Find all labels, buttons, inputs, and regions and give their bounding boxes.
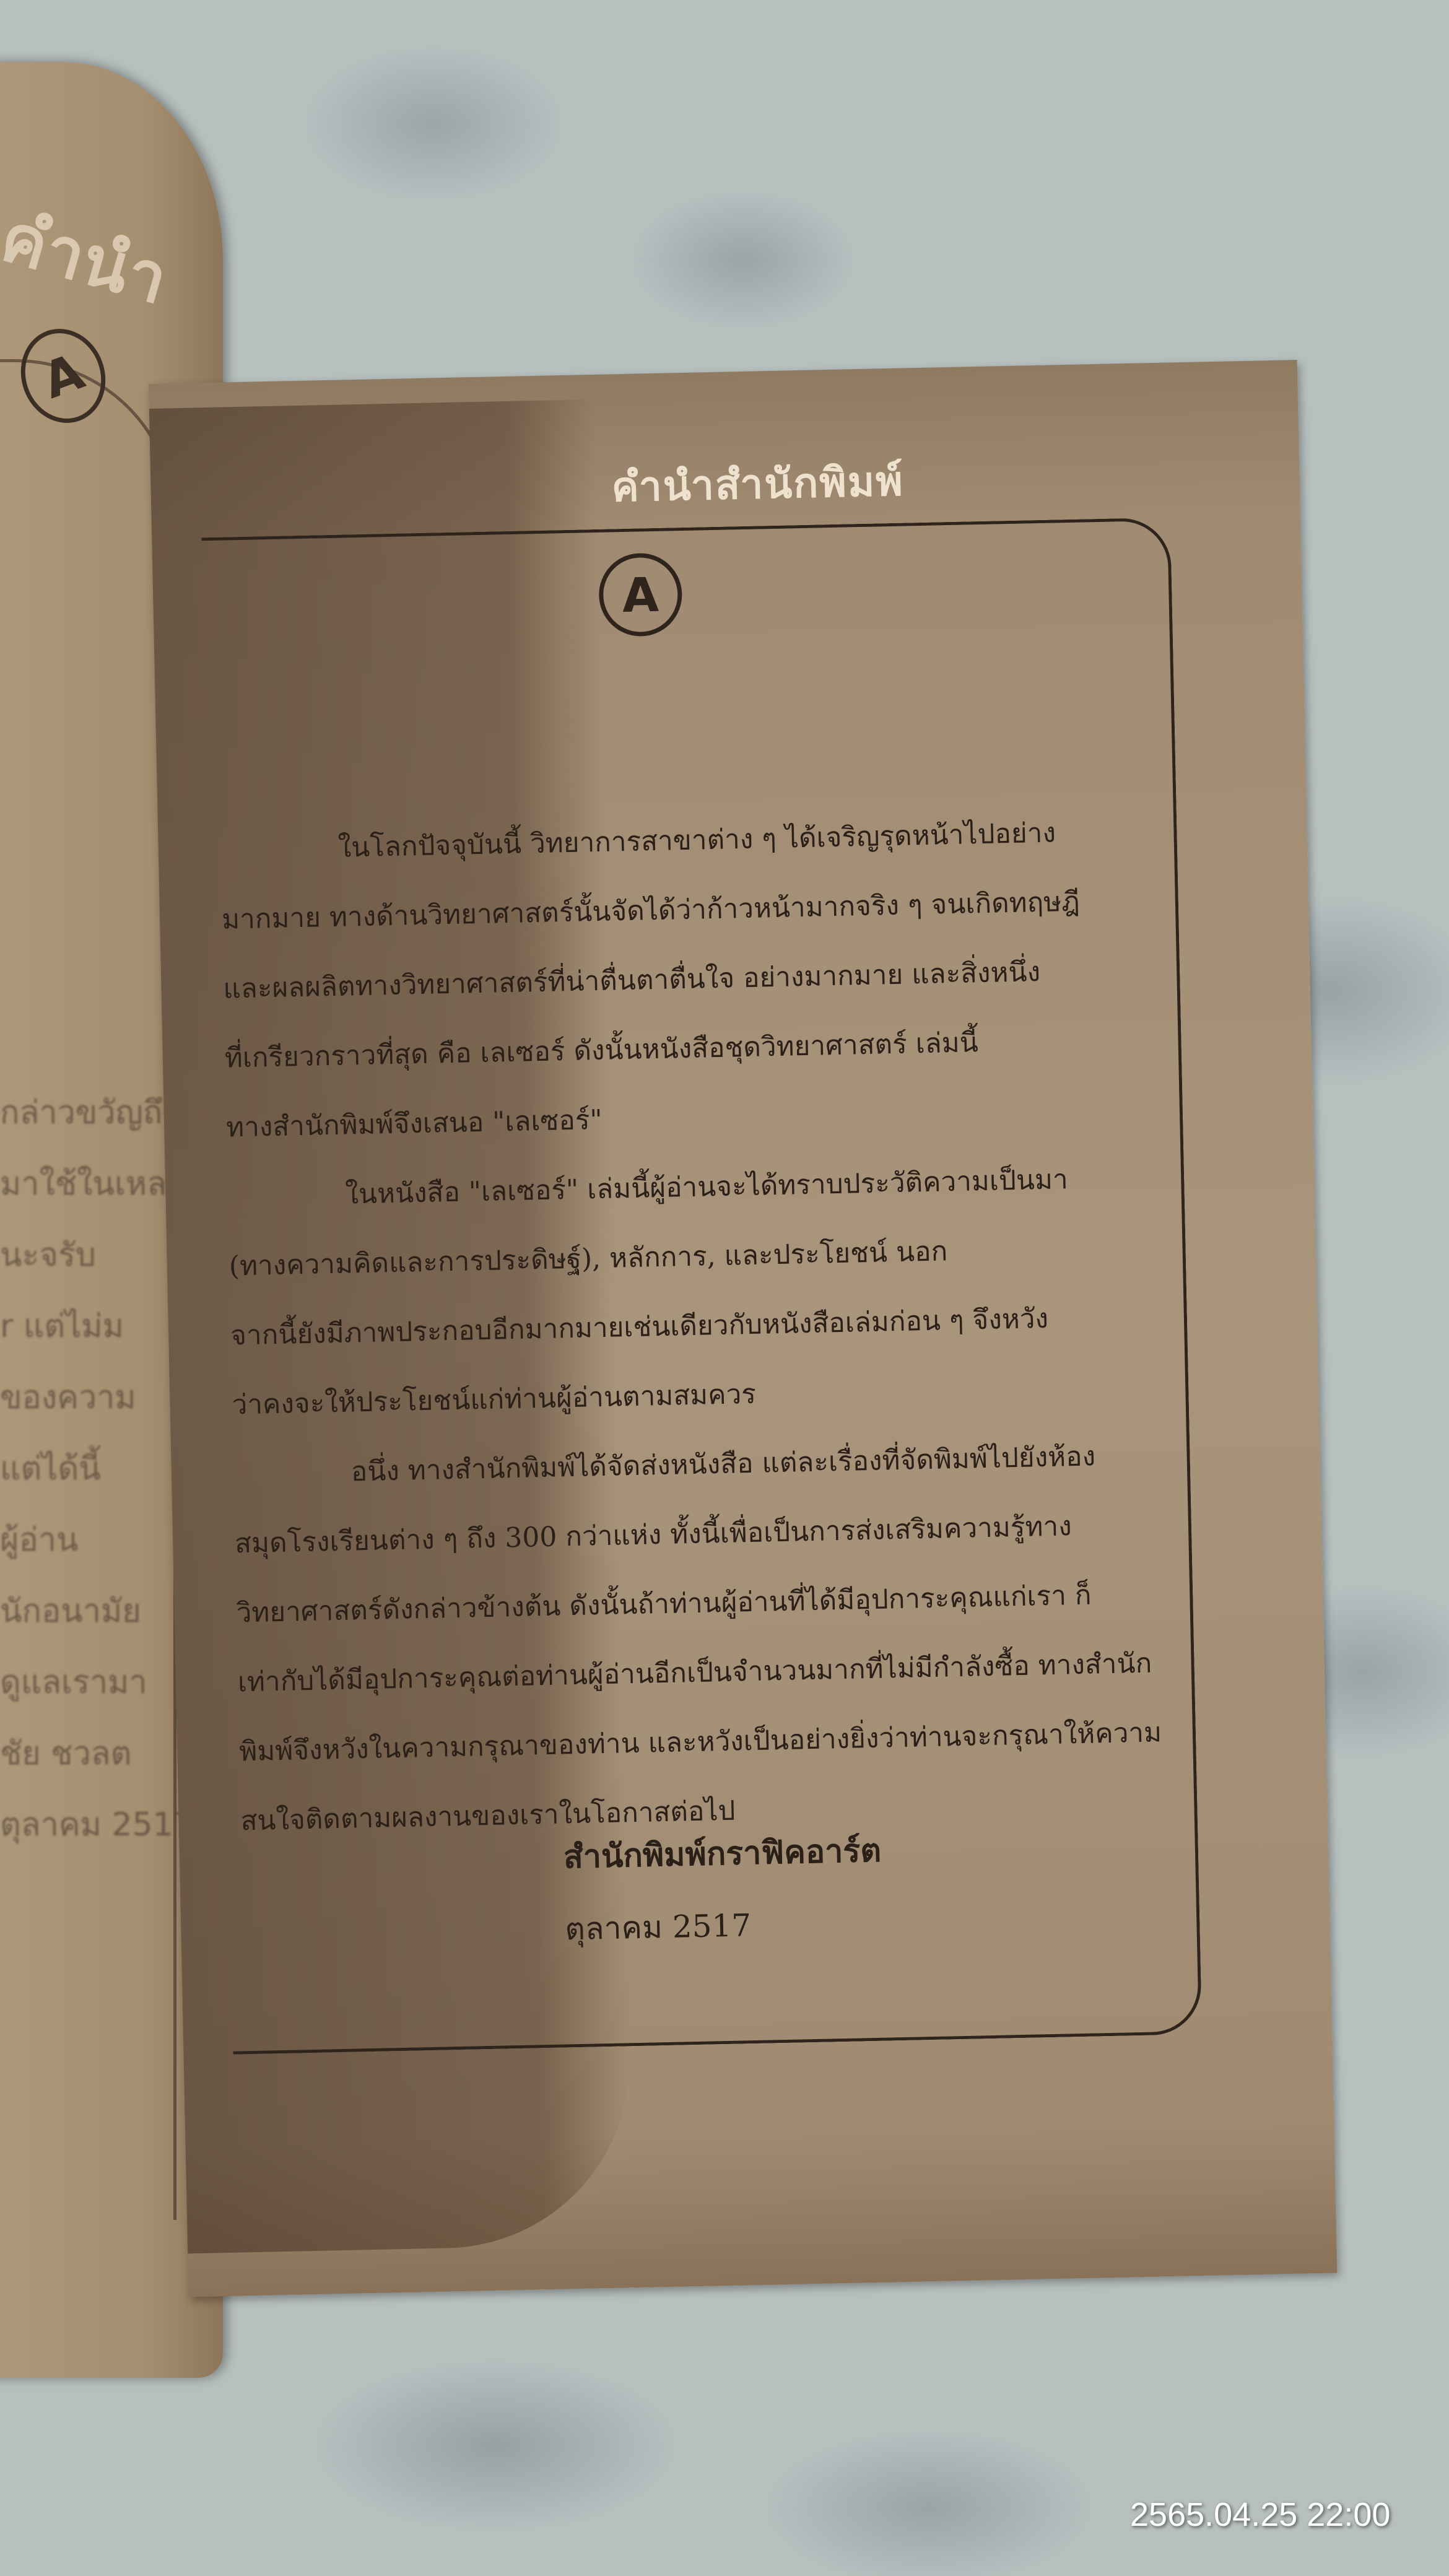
photo-timestamp: 2565.04.25 22:00 <box>1130 2495 1390 2534</box>
text-line: นักอนามัย <box>0 1576 186 1647</box>
text-line: ดูแลเรามา <box>0 1647 186 1718</box>
page-title: คำนำสำนักพิมพ์ <box>448 445 1068 523</box>
text-line: นะจรับ <box>0 1220 186 1291</box>
text-line: ผู้อ่าน <box>0 1505 186 1576</box>
publisher-signature: สำนักพิมพ์กราฟิคอาร์ต <box>563 1824 882 1882</box>
preface-date: ตุลาคม 2517 <box>565 1901 752 1954</box>
text-line: ชัย ชวลต <box>0 1718 186 1790</box>
text-line: ตุลาคม 2517 <box>0 1790 186 1861</box>
left-page-header: คำนำ <box>0 183 180 333</box>
left-page-text: กล่าวขวัญถึงใน มาใช้ในเหลก นะจรับ r แต่ไ… <box>0 1077 186 1861</box>
preface-body: ในโลกปัจจุบันนี้ วิทยาการสาขาต่าง ๆ ได้เ… <box>220 796 1177 1856</box>
text-line: แต่ได้นี้ <box>0 1434 186 1505</box>
text-line: กล่าวขวัญถึงใน <box>0 1077 186 1149</box>
text-line: ของความ <box>0 1362 186 1434</box>
text-line: r แต่ไม่ม <box>0 1291 186 1362</box>
right-book-page: คำนำสำนักพิมพ์ A ในโลกปัจจุบันนี้ วิทยาก… <box>149 360 1337 2297</box>
text-line: มาใช้ในเหลก <box>0 1149 186 1220</box>
